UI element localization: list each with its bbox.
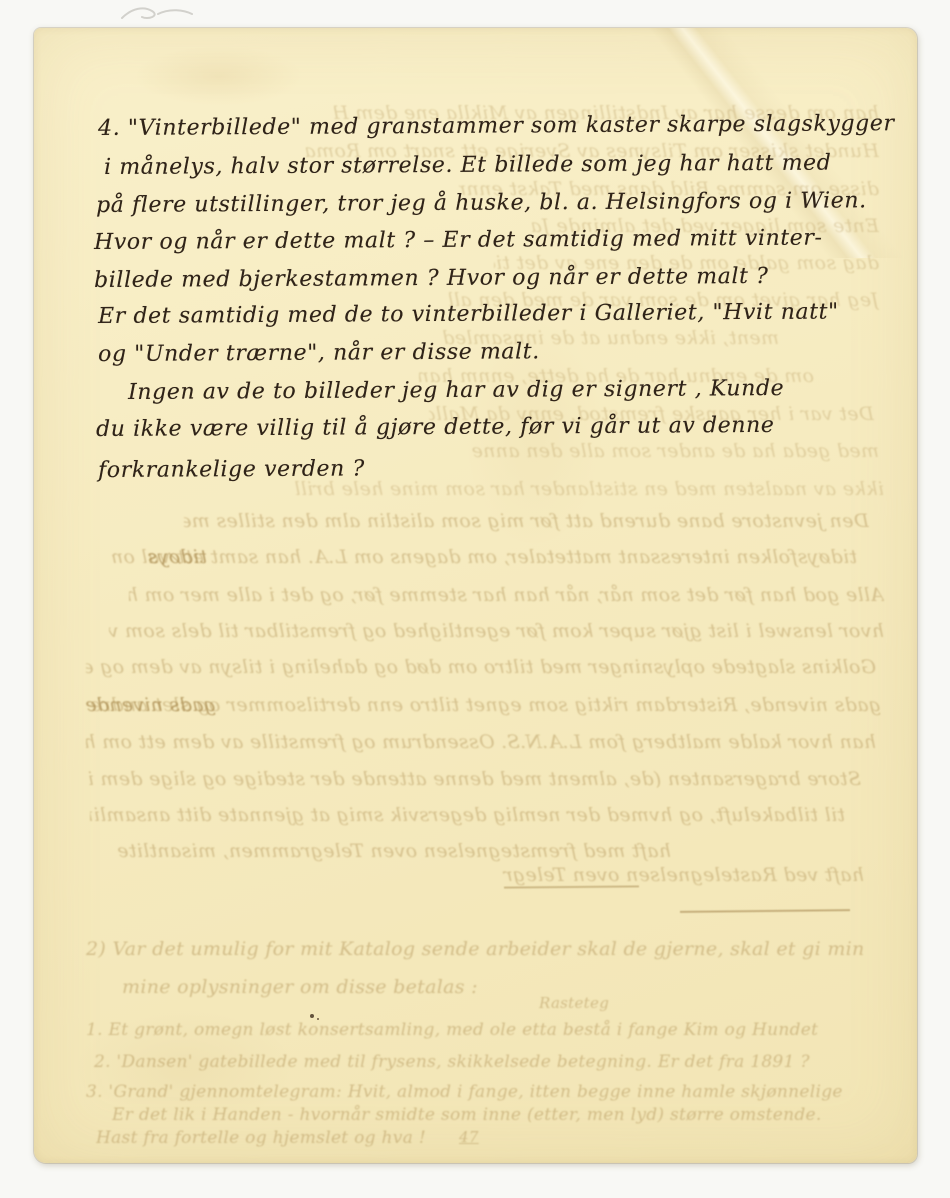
- scanned-letter-page: han om desse har av Indstillingen av Mik…: [0, 0, 950, 1198]
- bleedthrough-line: han hvor kalde maltberg fom L.A.N.S. Oss…: [86, 731, 876, 753]
- bleedthrough-line: ikke av naalsten med en stistlander har …: [294, 478, 884, 500]
- bleedthrough-line: gads nivende, Risterdam riktig som egnet…: [86, 694, 881, 716]
- handwriting-line: og "Under trærne", når er disse malt.: [98, 339, 540, 367]
- bleedthrough-line: med geda ha de ander som alle den anne b…: [469, 440, 879, 462]
- handwriting-line: 4. "Vinterbillede" med granstammer som k…: [98, 111, 895, 141]
- handwriting-line: forkrankelige verden ?: [98, 456, 365, 483]
- paper-stain: [134, 46, 304, 106]
- handwriting-line: i månelys, halv stor størrelse. Et bille…: [104, 151, 831, 180]
- bleedthrough-line: 3. 'Grand' gjennomtelegram: Hvit, almod …: [86, 1082, 901, 1102]
- bleedthrough-line: Rasteteg: [539, 994, 634, 1012]
- bleedthrough-line: mine oplysninger om disse betalas :: [122, 976, 532, 998]
- bleedthrough-line: Store bragersanten (de, alment med denne…: [86, 768, 861, 790]
- bleedthrough-line: hvor lenswel i list gjør super kom før e…: [109, 620, 884, 642]
- bleedthrough-line: tidøysfolken interessant mattetaler, om …: [112, 546, 857, 568]
- bleedthrough-dark-word: gads nivende,: [86, 694, 216, 716]
- bleedthrough-rule: [680, 909, 850, 913]
- handwriting-line: Ingen av de to billeder jeg har av dig e…: [128, 376, 784, 405]
- bleedthrough-line: Golkins slagtede oplysninger med tiltro …: [86, 656, 876, 678]
- bleedthrough-line: 2. 'Dansen' gatebillede med til frysens,…: [94, 1052, 894, 1072]
- bleedthrough-line: Den jevnstore bane durend att før mig so…: [184, 510, 869, 532]
- bleedthrough-line: Hast fra fortelle og hjemslet og hva !: [96, 1128, 441, 1148]
- handwriting-line: på flere utstillinger, tror jeg å huske,…: [96, 188, 867, 218]
- bleedthrough-line: 2) Var det umulig for mit Katalog sende …: [86, 938, 866, 960]
- handwriting-line: billede med bjerkestammen ? Hvor og når …: [94, 264, 769, 293]
- bleedthrough-line: Er det lik i Handen - hvornår smidte som…: [112, 1105, 877, 1125]
- handwriting-line: du ikke være villig til å gjøre dette, f…: [96, 413, 775, 442]
- bleedthrough-underline: [504, 885, 639, 888]
- handwriting-line: Er det samtidig med de to vinterbilleder…: [98, 299, 839, 329]
- bleedthrough-line: haft med fremstegnelsen oven Telegrammen…: [96, 840, 671, 862]
- paper-stain: [74, 1008, 294, 1128]
- fold-crease: [617, 28, 917, 258]
- handwriting-line: Hvor og når er dette malt ? – Er det sam…: [94, 226, 823, 255]
- bleedthrough-line: 1. Et grønt, omegn løst konsertsamling, …: [86, 1020, 891, 1040]
- bleedthrough-mark: 47: [459, 1128, 509, 1146]
- bleedthrough-line: haft ved Rastelegnelsen oven Telegr: [489, 864, 864, 886]
- paper-sheet: han om desse har av Indstillingen av Mik…: [34, 28, 917, 1163]
- bleedthrough-line: til tilbakeluft, og hvmed der nemlig deg…: [90, 804, 845, 826]
- bleedthrough-line: Alle god han før det som når, når han ha…: [129, 584, 884, 606]
- ink-speck: [310, 1014, 314, 1018]
- bleedthrough-dark-word: tidøys: [112, 546, 207, 568]
- pencil-scribble: [118, 2, 196, 26]
